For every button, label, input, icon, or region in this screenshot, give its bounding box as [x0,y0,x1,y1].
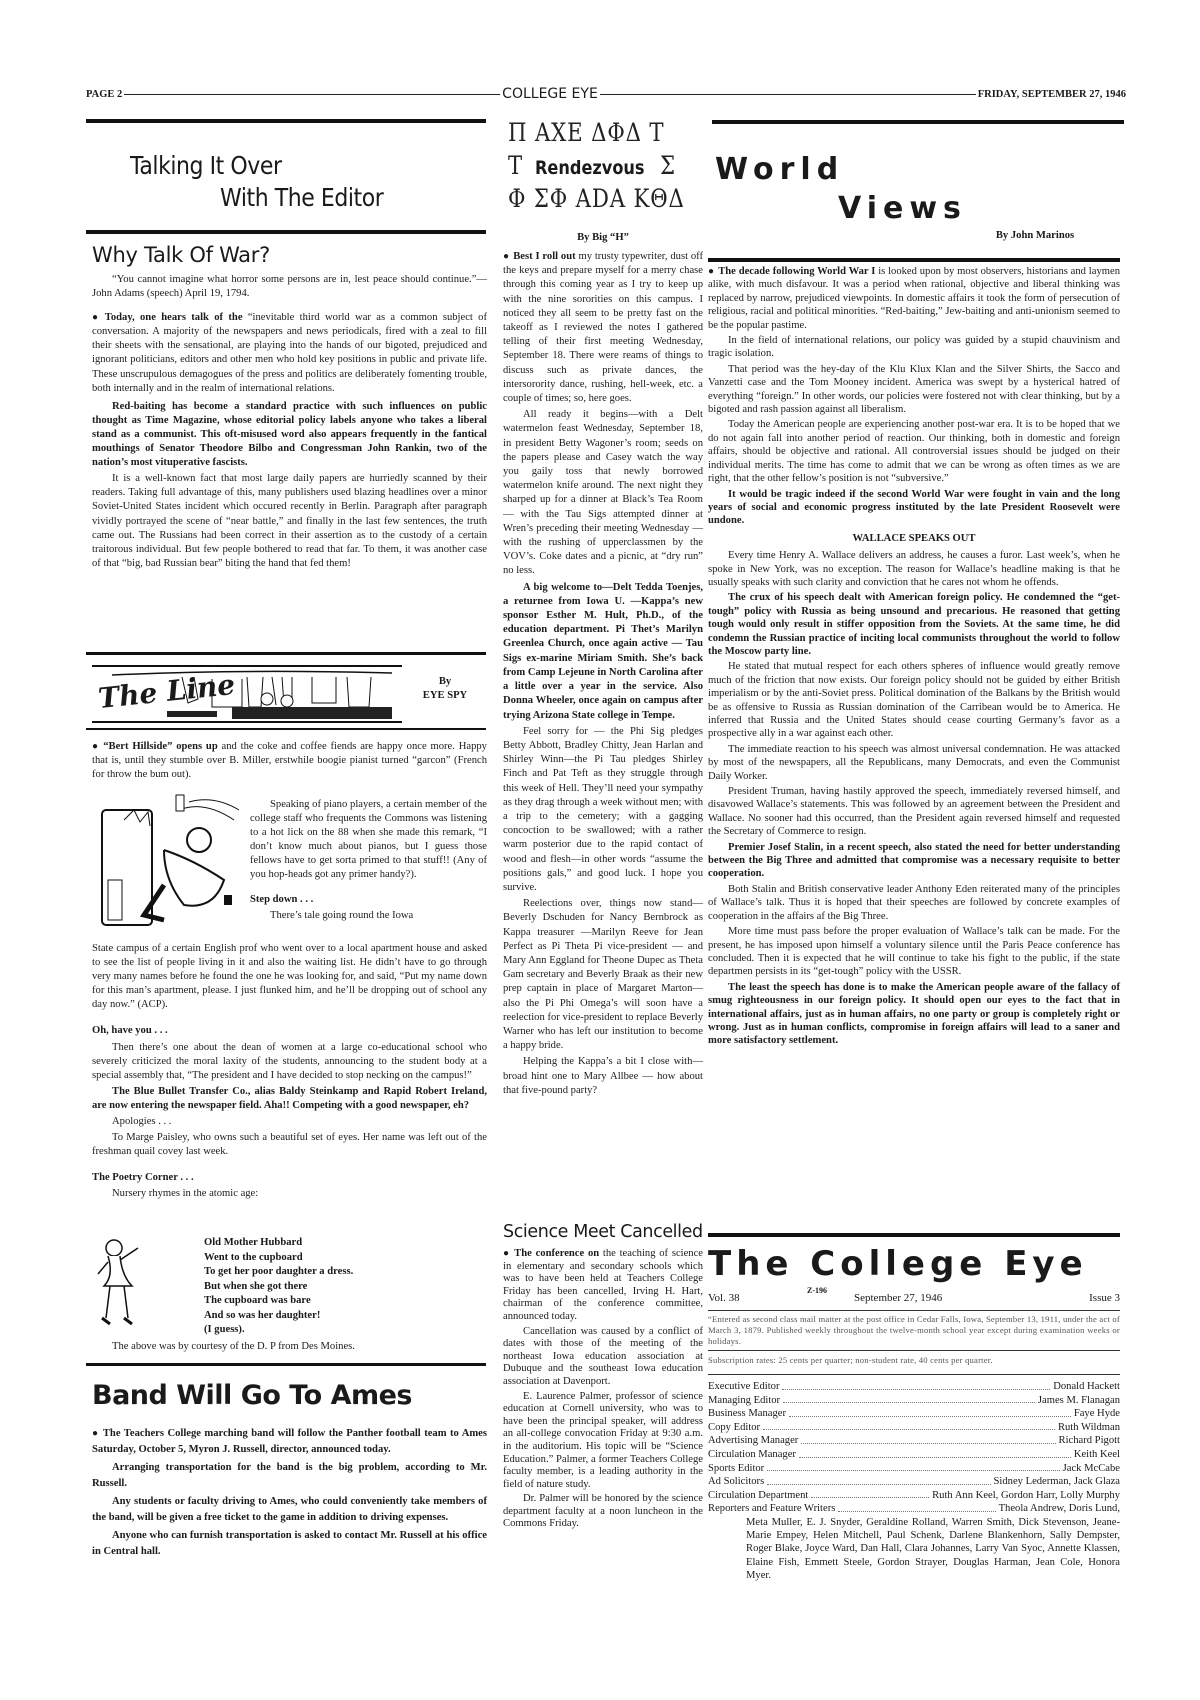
the-line-piano-story: Speaking of piano players, a certain mem… [250,798,487,925]
section-rule [86,119,486,123]
nursery-rhyme-poem: Old Mother Hubbard Went to the cupboard … [204,1236,353,1338]
the-line-byline: By EYE SPY [410,675,480,703]
editorial-paragraph: It is a well-known fact that most large … [92,472,487,571]
staff-row: Executive EditorDonald Hackett [708,1380,1120,1394]
greek-letters-line1: Π AXE ΔΦΔ Τ [508,118,670,147]
oh-have-you-title: Oh, have you . . . [92,1024,487,1038]
editor-column-title: Talking It Over With The Editor [130,150,406,214]
band-article: The Teachers College marching band will … [92,1426,487,1562]
greek-letters-line3: Φ ΣΦ ADA KΘΔ [508,184,670,213]
staff-row: Advertising ManagerRichard Pigott [708,1434,1120,1448]
staff-row: Ad SolicitorsSidney Lederman, Jack Glaza [708,1475,1120,1489]
world-views-byline: By John Marinos [960,230,1110,241]
poem-credit: The above was by courtesy of the D. P fr… [92,1340,487,1356]
apologies-title: Apologies . . . [92,1115,487,1129]
subscription-rates: Subscription rates: 25 cents per quarter… [708,1355,1120,1366]
editor-title-line2: With The Editor [220,182,383,214]
world-views-title-1: World [715,152,844,187]
section-rule [86,728,486,730]
the-line-logo-banner: The Line [92,665,402,723]
editorial-paragraph: Red-baiting has become a standard practi… [92,400,487,470]
section-rule [708,1233,1120,1237]
greek-letter-right: Σ [660,151,676,180]
masthead-code: Z-196 [807,1286,827,1295]
world-views-article: The decade following World War I is look… [708,265,1120,1050]
header-rule [600,94,976,95]
rendezvous-title: Rendezvous [535,157,637,179]
staff-row: Circulation ManagerKeith Keel [708,1448,1120,1462]
masthead-rule [708,1374,1120,1375]
editor-title-line1: Talking It Over [130,150,373,182]
editorial-body: “You cannot imagine what horror some per… [92,273,487,571]
step-down-title: Step down . . . [250,893,487,907]
the-line-intro: “Bert Hillside” opens up and the coke an… [92,740,487,784]
staff-list: Executive EditorDonald Hackett Managing … [708,1380,1120,1582]
reporters-list: Meta Muller, E. J. Snyder, Geraldine Rol… [708,1516,1120,1582]
section-rule [86,652,486,655]
issue-number: Issue 3 [1089,1292,1120,1304]
wallace-subhead: WALLACE SPEAKS OUT [708,532,1120,545]
editorial-article: Why Talk Of War? “You cannot imagine wha… [92,243,487,573]
poetry-corner-title: The Poetry Corner . . . [92,1171,487,1185]
staff-row: Managing EditorJames M. Flanagan [708,1394,1120,1408]
world-views-title-2: Views [838,191,967,226]
science-headline: Science Meet Cancelled [503,1222,703,1242]
masthead-rule [708,1310,1120,1311]
staff-row: Circulation DepartmentRuth Ann Keel, Gor… [708,1489,1120,1503]
staff-row: Sports EditorJack McCabe [708,1462,1120,1476]
section-rule [86,230,486,234]
rendezvous-title-block: Π AXE ΔΦΔ Τ Τ Rendezvous Σ Φ ΣΦ ADA KΘΔ [508,118,698,213]
paper-name: COLLEGE EYE [502,86,598,102]
editorial-paragraph: Today, one hears talk of the “inevitable… [92,311,487,396]
masthead-info-row: Vol. 38 Z-196 September 27, 1946 Issue 3 [708,1286,1120,1306]
header-rule [124,94,500,95]
entry-notice: “Entered as second class mail matter at … [708,1314,1120,1347]
the-line-stories: State campus of a certain English prof w… [92,942,487,1204]
volume: Vol. 38 [708,1292,740,1304]
staff-row: Business ManagerFaye Hyde [708,1407,1120,1421]
band-headline: Band Will Go To Ames [92,1380,412,1411]
rendezvous-article: Best I roll out my trusty typewriter, du… [503,250,703,1100]
section-rule [86,1363,486,1366]
masthead-rule [708,1350,1120,1351]
piano-player-illustration [94,790,244,930]
page-number: PAGE 2 [86,89,122,100]
masthead-title: The College Eye [708,1244,1088,1284]
issue-date: FRIDAY, SEPTEMBER 27, 1946 [978,89,1126,100]
editorial-headline: Why Talk Of War? [92,243,487,267]
masthead-date: September 27, 1946 [854,1292,942,1304]
staff-row: Reporters and Feature WritersTheola Andr… [708,1502,1120,1516]
page-header: PAGE 2 COLLEGE EYE FRIDAY, SEPTEMBER 27,… [86,86,1126,102]
greek-letter-left: Τ [508,151,527,180]
rendezvous-byline: By Big “H” [508,232,698,243]
science-article: The conference on the teaching of scienc… [503,1248,703,1533]
section-rule [708,258,1120,262]
dancing-girl-illustration [94,1236,144,1326]
staff-row: Copy EditorRuth Wildman [708,1421,1120,1435]
epigraph: “You cannot imagine what horror some per… [92,273,487,301]
section-rule [712,120,1124,124]
